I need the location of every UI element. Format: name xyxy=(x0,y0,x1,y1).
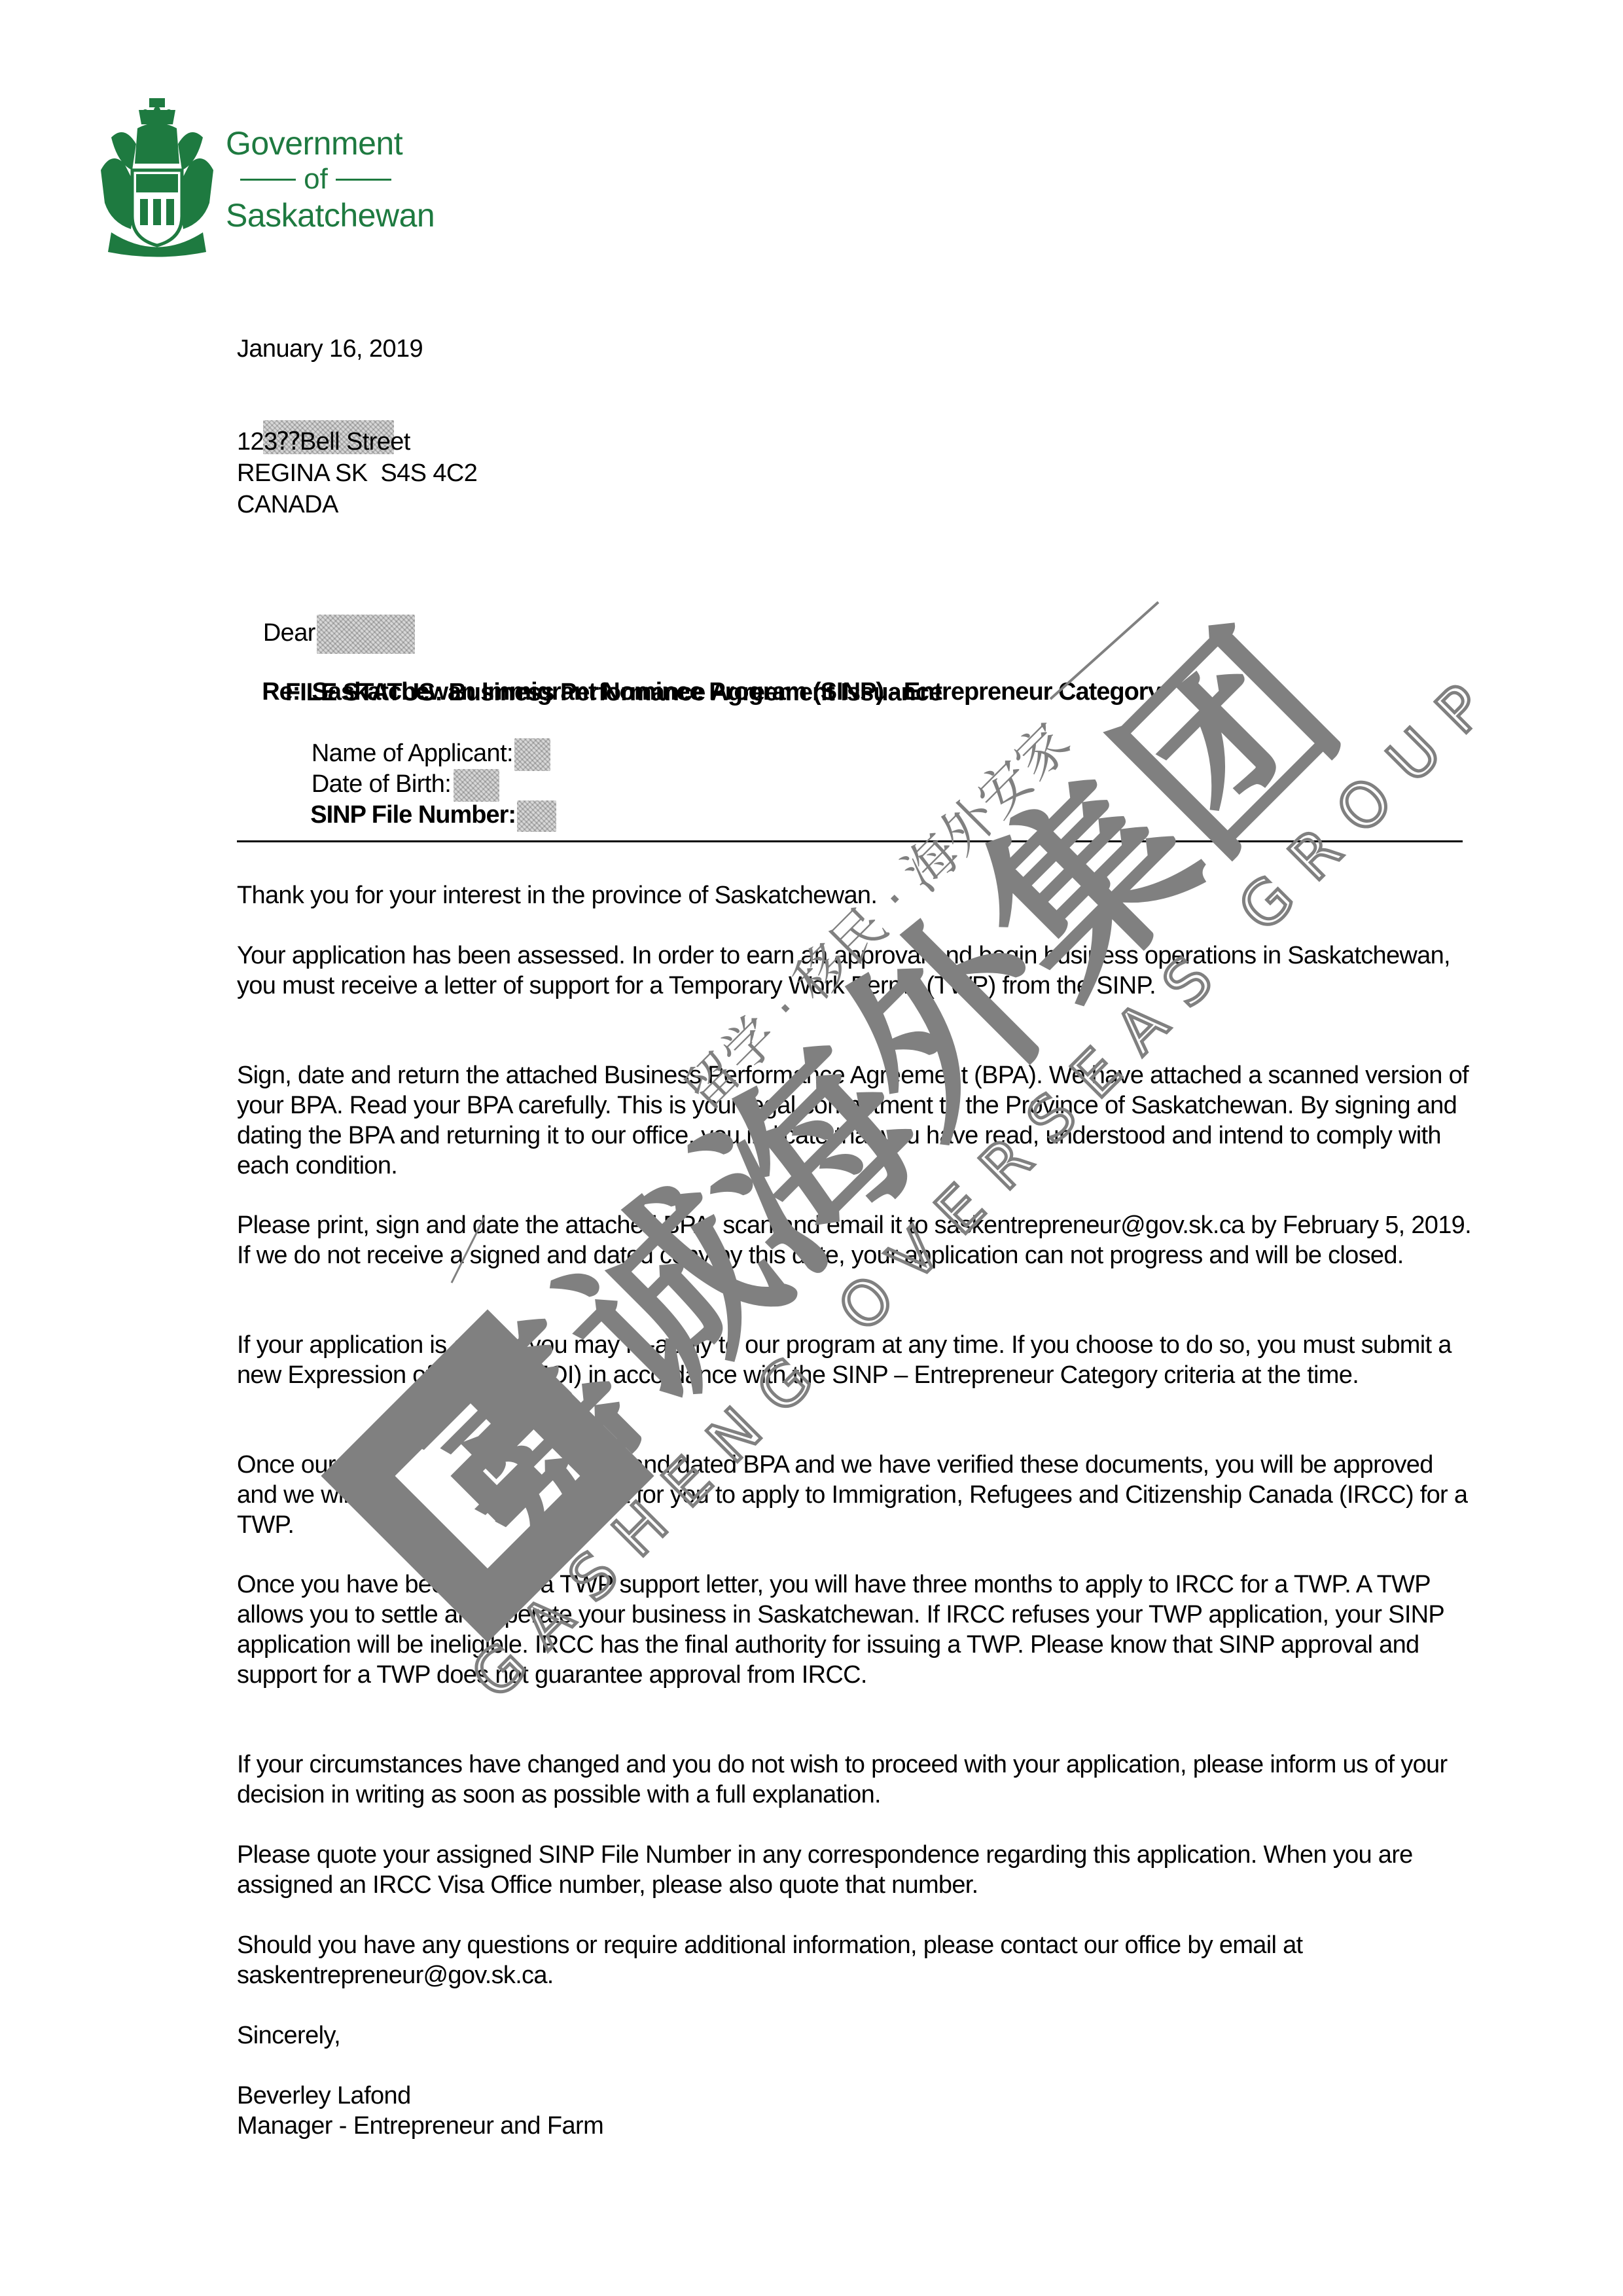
wordmark-dash-left xyxy=(240,179,296,181)
redacted-applicant-name xyxy=(514,738,550,771)
subject-separator xyxy=(237,840,1463,842)
body-paragraph: Your application has been assessed. In o… xyxy=(237,941,1474,1001)
recipient-address-line1: 123⁇Bell Street xyxy=(237,427,410,457)
sinp-file-number-line: SINP File Number: xyxy=(285,770,556,862)
body-paragraph: Thank you for your interest in the provi… xyxy=(237,880,1474,910)
letter-page: Government of Saskatchewan January 16, 2… xyxy=(0,0,1623,2296)
recipient-address-line2: REGINA SK S4S 4C2 xyxy=(237,458,477,488)
watermark-latin: GASHENG OVERSEAS GROUP xyxy=(458,655,1516,1712)
salutation-text: Dear xyxy=(263,619,315,647)
body-paragraph: Please quote your assigned SINP File Num… xyxy=(237,1840,1474,1900)
body-paragraph: If your application is closed you may re… xyxy=(237,1330,1474,1390)
wordmark-of: of xyxy=(226,162,406,196)
government-wordmark: Government of Saskatchewan xyxy=(226,124,422,234)
body-paragraph: Sign, date and return the attached Busin… xyxy=(237,1060,1474,1181)
closing: Sincerely, xyxy=(237,2020,340,2051)
redacted-sinp-file-number xyxy=(517,800,556,832)
signatory-title: Manager - Entrepreneur and Farm xyxy=(237,2111,603,2141)
signatory-name: Beverley Lafond xyxy=(237,2081,411,2111)
coat-of-arms-icon xyxy=(98,98,216,259)
file-status: FILE STATUS: Business Performance Agreem… xyxy=(285,677,942,708)
wordmark-dash-right xyxy=(336,179,391,181)
body-paragraph: Once you have been issued a TWP support … xyxy=(237,1570,1474,1690)
body-paragraph: Should you have any questions or require… xyxy=(237,1930,1474,1990)
body-paragraph: Please print, sign and date the attached… xyxy=(237,1210,1474,1270)
recipient-address-line3: CANADA xyxy=(237,490,338,520)
wordmark-of-text: of xyxy=(304,162,328,196)
letter-date: January 16, 2019 xyxy=(237,334,423,364)
letterhead-logo: Government of Saskatchewan xyxy=(98,98,425,262)
wordmark-government: Government xyxy=(226,124,422,162)
wordmark-saskatchewan: Saskatchewan xyxy=(226,196,422,234)
body-paragraph: If your circumstances have changed and y… xyxy=(237,1749,1474,1810)
sinp-file-number-label: SINP File Number: xyxy=(310,801,516,829)
body-paragraph: Once our office receives your signed and… xyxy=(237,1450,1474,1540)
